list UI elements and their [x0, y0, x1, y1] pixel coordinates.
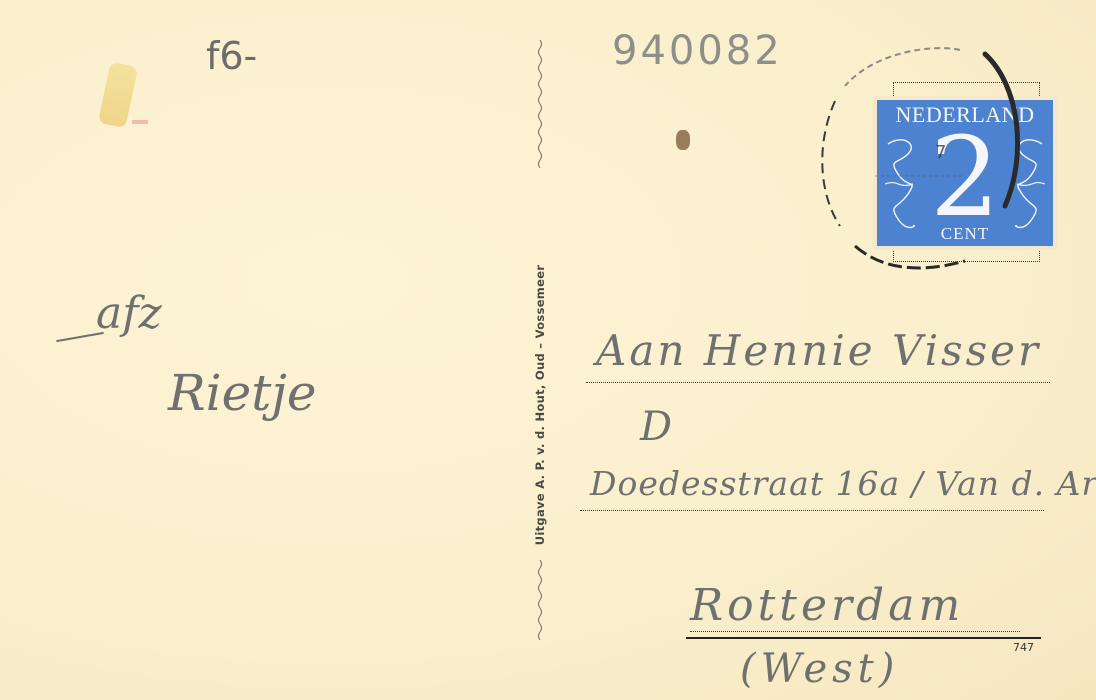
print-number: 747: [1013, 641, 1034, 654]
publisher-imprint: Uitgave A. P. v. d. Hout, Oud – Vossemee…: [533, 265, 547, 546]
postmark-cancellation: 7: [815, 46, 1025, 272]
address-rule-1: [586, 382, 1050, 383]
address-line-4: Rotterdam: [690, 580, 964, 631]
stain: [676, 130, 690, 150]
postcard: f6- 940082 afz Rietje Uitgave A. P. v. d…: [0, 0, 1096, 700]
price-note: f6-: [206, 34, 257, 78]
divider-wave-bottom: [536, 560, 544, 640]
color-smudge: [98, 62, 138, 128]
message-line-rietje: Rietje: [168, 364, 316, 422]
address-rule-3: [580, 510, 1044, 511]
svg-text:7: 7: [935, 142, 946, 163]
address-rule-solid: [686, 637, 1041, 639]
divider-wave-top: [536, 40, 544, 170]
address-line-5: (West): [740, 646, 899, 692]
pink-mark: [132, 120, 148, 124]
address-line-2: D: [640, 404, 672, 450]
message-line-afz: afz: [96, 288, 162, 339]
address-rule-4: [690, 631, 1020, 632]
address-line-3: Doedesstraat 16a / Van d. Arkel 16: [590, 464, 1096, 503]
address-line-1: Aan Hennie Visser: [596, 326, 1041, 375]
catalog-number: 940082: [612, 28, 783, 74]
